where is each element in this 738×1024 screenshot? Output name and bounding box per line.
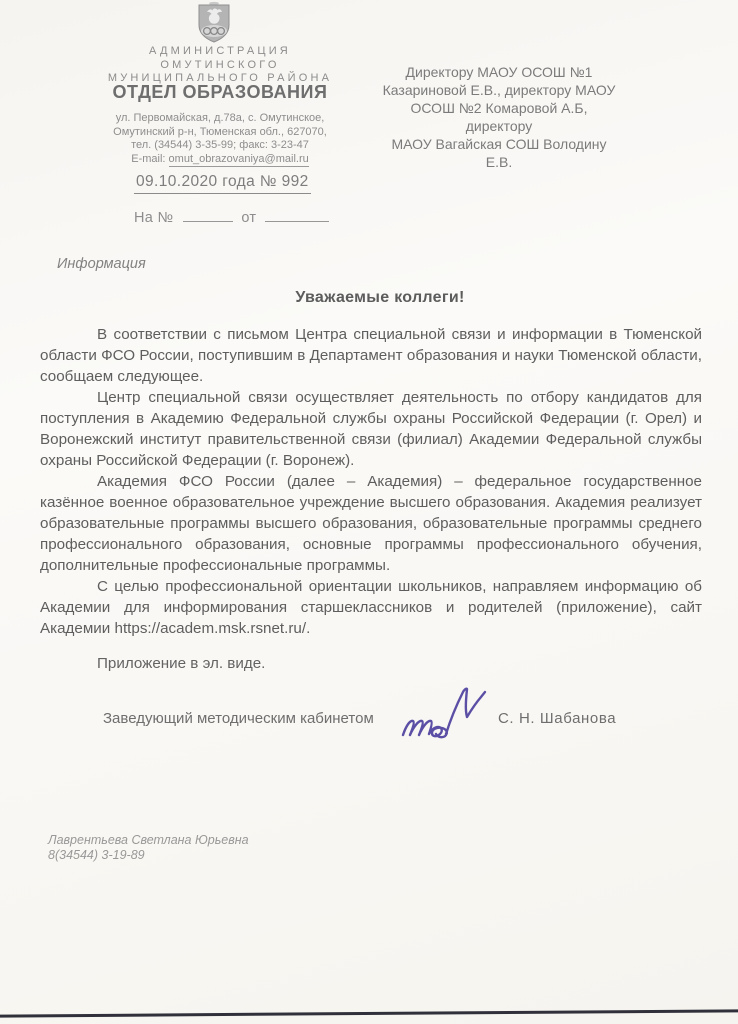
address-line: Омутинский р-н, Тюменская обл., 627070, [40,126,400,140]
org-line: АДМИНИСТРАЦИЯ [40,45,400,59]
addressee-line: ОСОШ №2 Комаровой А.Б, директору [378,99,620,135]
email-label: E-mail: [131,153,165,165]
letter-body: В соответствии с письмом Центра специаль… [40,324,702,639]
org-line: ОМУТИНСКОГО [40,59,400,73]
signer-name: С. Н. Шабанова [498,710,616,727]
addressee-line: Директору МАОУ ОСОШ №1 [378,63,620,81]
paragraph: В соответствии с письмом Центра специаль… [40,324,702,387]
salutation: Уважаемые коллеги! [40,289,720,307]
attachment-note: Приложение в эл. виде. [40,655,265,672]
email-address: omut_obrazovaniya@mail.ru [169,153,309,167]
letterhead-organization: АДМИНИСТРАЦИЯ ОМУТИНСКОГО МУНИЦИПАЛЬНОГО… [40,45,400,86]
letterhead-department: ОТДЕЛ ОБРАЗОВАНИЯ [40,82,400,103]
coat-of-arms-icon [195,1,233,43]
paragraph: Центр специальной связи осуществляет дея… [40,387,702,471]
address-line: ул. Первомайская, д.78а, с. Омутинское, [40,112,400,126]
reply-number-blank [183,207,233,222]
signer-position: Заведующий методическим кабинетом [103,710,374,727]
addressee-line: МАОУ Вагайская СОШ Володину Е.В. [378,135,620,171]
paragraph: Академия ФСО России (далее – Академия) –… [40,471,702,576]
addressee-block: Директору МАОУ ОСОШ №1 Казариновой Е.В.,… [378,63,620,171]
reply-prefix: На № [134,210,173,226]
email-line: E-mail: omut_obrazovaniya@mail.ru [40,153,400,167]
addressee-line: Казариновой Е.В., директору МАОУ [378,81,620,99]
paragraph: С целью профессиональной ориентации школ… [40,576,702,639]
executor-block: Лаврентьева Светлана Юрьевна 8(34544) 3-… [48,833,249,863]
scan-edge-line [0,1009,738,1017]
reply-reference-line: На №от [134,207,329,226]
executor-name: Лаврентьева Светлана Юрьевна [48,833,249,848]
reply-date-blank [265,207,329,222]
handwritten-signature [397,679,493,747]
document-type-label: Информация [57,256,146,272]
document-date-number: 09.10.2020 года № 992 [134,173,311,194]
address-line: тел. (34544) 3-35-99; факс: 3-23-47 [40,139,400,153]
executor-phone: 8(34544) 3-19-89 [48,848,249,863]
letterhead-contact-block: ул. Первомайская, д.78а, с. Омутинское, … [40,112,400,166]
reply-middle: от [241,210,256,226]
